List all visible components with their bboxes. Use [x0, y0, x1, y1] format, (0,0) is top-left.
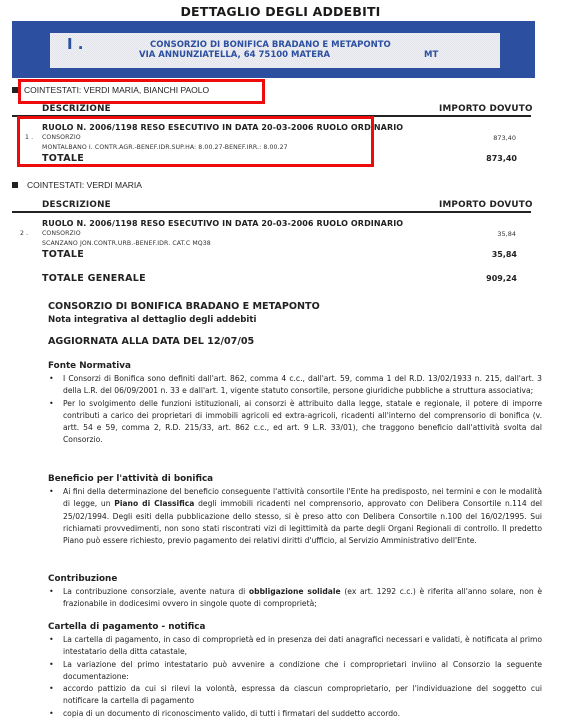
- note-subtitle: Nota integrativa al dettaglio degli adde…: [48, 315, 256, 325]
- bullet-list-beneficio: Ai fini della determinazione del benefic…: [48, 486, 542, 547]
- highlight-box-cointestati: [18, 79, 265, 104]
- bullet-item: La cartella di pagamento, in caso di com…: [48, 634, 542, 659]
- header-province: MT: [424, 50, 438, 60]
- cointestati-label: COINTESTATI: VERDI MARIA: [27, 180, 142, 190]
- item-detail: SCANZANO JON.CONTR.URB.-BENEF.IDR. CAT.C…: [42, 240, 211, 247]
- grand-total-label: TOTALE GENERALE: [42, 273, 146, 284]
- column-header-descrizione: DESCRIZIONE: [42, 200, 111, 210]
- section-heading-cartella: Cartella di pagamento - notifica: [48, 622, 205, 632]
- column-header-importo: IMPORTO DOVUTO: [439, 104, 533, 114]
- bold-term: Piano di Classifica: [114, 499, 194, 508]
- item-amount: 873,40: [456, 134, 516, 142]
- section-heading-fonte-normativa: Fonte Normativa: [48, 361, 131, 371]
- bullet-item: accordo pattizio da cui si rilevi la vol…: [48, 683, 542, 708]
- bullet-item: I Consorzi di Bonifica sono definiti dal…: [48, 373, 542, 398]
- totale-amount: 35,84: [457, 250, 517, 259]
- ruolo-line: RUOLO N. 2006/1198 RESO ESECUTIVO IN DAT…: [42, 219, 403, 228]
- column-header-descrizione: DESCRIZIONE: [42, 104, 111, 114]
- note-title: CONSORZIO DI BONIFICA BRADANO E METAPONT…: [48, 301, 320, 312]
- section-heading-contribuzione: Contribuzione: [48, 574, 117, 584]
- header-address: VIA ANNUNZIATELLA, 64 75100 MATERA: [139, 50, 330, 60]
- document-title: DETTAGLIO DEGLI ADDEBITI: [0, 4, 561, 19]
- bullet-item: copia di un documento di riconoscimento …: [48, 708, 542, 720]
- header-divider: [12, 211, 531, 213]
- section-heading-beneficio: Beneficio per l'attività di bonifica: [48, 474, 213, 484]
- column-header-importo: IMPORTO DOVUTO: [439, 200, 533, 210]
- bullet-item: La contribuzione consorziale, avente nat…: [48, 586, 542, 611]
- bullet-list-fonte-normativa: I Consorzi di Bonifica sono definiti dal…: [48, 373, 542, 447]
- bullet-list-contribuzione: La contribuzione consorziale, avente nat…: [48, 586, 542, 611]
- bullet-list-cartella: La cartella di pagamento, in caso di com…: [48, 634, 542, 720]
- bullet-item: Ai fini della determinazione del benefic…: [48, 486, 542, 547]
- square-bullet-icon: [12, 182, 18, 188]
- header-organization: CONSORZIO DI BONIFICA BRADANO E METAPONT…: [150, 40, 391, 50]
- bold-term: obbligazione solidale: [249, 587, 341, 596]
- grand-total-amount: 909,24: [457, 274, 517, 283]
- highlight-box-ruolo: [17, 116, 374, 167]
- header-number: I .: [67, 35, 84, 53]
- note-updated: AGGIORNATA ALLA DATA DEL 12/07/05: [48, 336, 254, 347]
- item-index: 2 .: [20, 230, 28, 237]
- totale-amount: 873,40: [457, 154, 517, 163]
- bullet-item: Per lo svolgimento delle funzioni istitu…: [48, 398, 542, 447]
- bullet-item: La variazione del primo intestatario può…: [48, 659, 542, 684]
- item-type: CONSORZIO: [42, 230, 81, 237]
- totale-label: TOTALE: [42, 249, 84, 260]
- item-amount: 35,84: [456, 230, 516, 238]
